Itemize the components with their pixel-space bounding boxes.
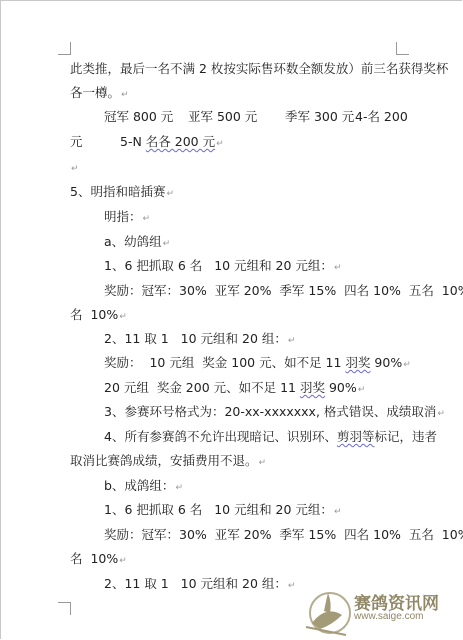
watermark-url: www.saige.com <box>354 611 423 622</box>
a-rule-2: 2、11 取 1 10 元组和 20 组：↵ <box>104 331 295 349</box>
a-reward-cont: 名 10%↵ <box>70 307 127 325</box>
paragraph-mark-icon: ↵ <box>288 336 296 346</box>
paragraph-mark-icon: ↵ <box>216 139 224 149</box>
paragraph-mark-icon: ↵ <box>71 164 79 174</box>
spellcheck-squiggle: 羽奖 <box>345 355 370 370</box>
pigeon-logo-icon <box>302 585 354 637</box>
group-b-heading: b、成鸽组：↵ <box>104 478 183 496</box>
prize-fourth: 4-名 200 <box>355 109 408 125</box>
paragraph-mark-icon: ↵ <box>358 385 366 395</box>
paragraph-mark-icon: ↵ <box>334 263 342 273</box>
paragraph-mark-icon: ↵ <box>334 507 342 517</box>
rule-4-cont: 取消比赛鸽成绩，安插费用不退。↵ <box>70 453 266 471</box>
paragraph-mark-icon: ↵ <box>163 239 171 249</box>
spellcheck-squiggle: 羽奖 <box>300 380 325 395</box>
paragraph-mark-icon: ↵ <box>437 409 445 419</box>
watermark-logo: 赛鸽资讯网 www.saige.com <box>302 585 462 637</box>
b-reward: 奖励：冠军：30% 亚军 20% 季军 15% 四名 10% 五名 10% 六 <box>104 527 463 543</box>
rule-4: 4、所有参赛鸽不允许出现暗记、识别环、剪羽等标记，违者 <box>104 429 437 445</box>
prize-first: 冠军 800 元 <box>104 109 173 125</box>
margin-corner-bottom-left <box>58 602 71 615</box>
paragraph-mark-icon: ↵ <box>259 458 267 468</box>
group-a-heading: a、幼鸽组↵ <box>104 234 170 252</box>
paragraph-mark-icon: ↵ <box>119 312 127 322</box>
spellcheck-squiggle: 剪羽等 <box>337 429 375 444</box>
prize-unit: 元 <box>70 134 83 150</box>
reward-10-group: 奖励： 10 元组 奖金 100 元、如不足 11 羽奖 90%↵ <box>104 355 411 373</box>
b-rule-2: 2、11 取 1 10 元组和 20 组：↵ <box>104 576 295 594</box>
paragraph-line: 各一樽。↵ <box>70 85 129 103</box>
subheading-mingzhi: 明指：↵ <box>104 209 150 227</box>
section-heading: 5、明指和暗插赛↵ <box>70 184 174 202</box>
paragraph-mark-icon: ↵ <box>175 483 183 493</box>
b-rule-1: 1、6 把抓取 6 名 10 元组和 20 元组：↵ <box>104 502 341 520</box>
rule-3: 3、参赛环号格式为：20-xx-xxxxxxx, 格式错误、成绩取消↵ <box>104 404 445 422</box>
margin-corner-top-left <box>58 42 71 55</box>
paragraph-mark-icon: ↵ <box>119 556 127 566</box>
b-reward-cont: 名 10%↵ <box>70 551 127 569</box>
reward-20-group: 20 元组 奖金 200 元、如不足 11 羽奖 90%↵ <box>104 380 365 398</box>
spellcheck-squiggle: 名各 200 元 <box>146 134 215 149</box>
prize-third: 季军 300 元 <box>285 109 354 125</box>
paragraph-mark-icon: ↵ <box>121 90 129 100</box>
empty-paragraph: ↵ <box>70 159 79 177</box>
a-rule-1: 1、6 把抓取 6 名 10 元组和 20 元组：↵ <box>104 258 341 276</box>
paragraph-mark-icon: ↵ <box>403 360 411 370</box>
prize-second: 亚军 500 元 <box>188 109 257 125</box>
paragraph-mark-icon: ↵ <box>288 581 296 591</box>
paragraph-mark-icon: ↵ <box>166 189 174 199</box>
paragraph-mark-icon: ↵ <box>143 214 151 224</box>
paragraph-line: 此类推，最后一名不满 2 枚按实际售环数全额发放）前三名获得奖杯 <box>70 61 448 77</box>
a-reward: 奖励：冠军：30% 亚军 20% 季军 15% 四名 10% 五名 10% 六 <box>104 283 463 299</box>
margin-corner-top-right <box>396 42 409 55</box>
prize-5-n: 5-N 名各 200 元↵ <box>120 134 224 152</box>
